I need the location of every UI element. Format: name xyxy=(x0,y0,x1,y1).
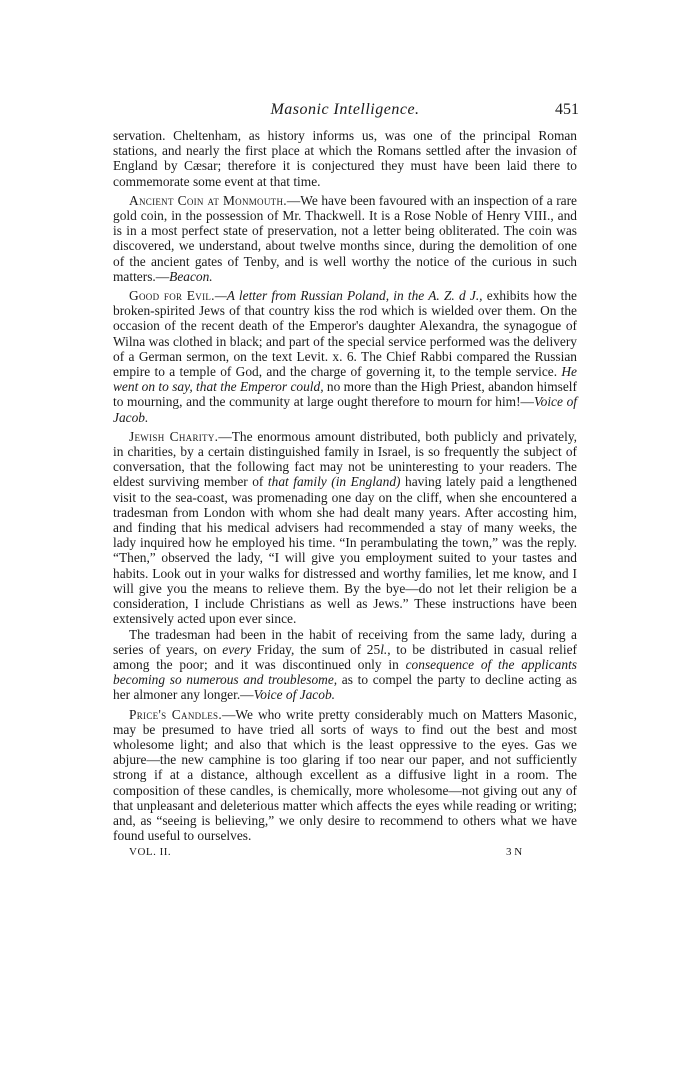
paragraph-text: Friday, the sum of 25 xyxy=(251,642,380,657)
paragraph-text: servation. Cheltenham, as history inform… xyxy=(113,128,577,189)
document-page: Masonic Intelligence. 451 servation. Che… xyxy=(113,100,577,861)
paragraph-good-for-evil: Good for Evil.—A letter from Russian Pol… xyxy=(113,288,577,425)
paragraph-continuation: servation. Cheltenham, as history inform… xyxy=(113,128,577,189)
section-heading: Price's Candles. xyxy=(129,707,222,722)
paragraph-text: having lately paid a lengthened visit to… xyxy=(113,474,577,626)
paragraph-text-italic: that family (in England) xyxy=(268,474,401,489)
paragraph-text: —We who write pretty considerably much o… xyxy=(113,707,577,844)
paragraph-ancient-coin: Ancient Coin at Monmouth.—We have been f… xyxy=(113,193,577,284)
section-heading: Jewish Charity. xyxy=(129,429,218,444)
paragraph-jewish-charity: Jewish Charity.—The enormous amount dist… xyxy=(113,429,577,627)
source-citation: Beacon. xyxy=(169,269,213,284)
volume-label: VOL. II. xyxy=(129,845,171,860)
paragraph-text-italic: —A letter from Russian Poland, in the A.… xyxy=(215,288,483,303)
section-heading: Ancient Coin at Monmouth. xyxy=(129,193,287,208)
paragraph-prices-candles: Price's Candles.—We who write pretty con… xyxy=(113,707,577,844)
page-header: Masonic Intelligence. 451 xyxy=(113,100,577,122)
source-citation: Voice of Jacob. xyxy=(254,687,335,702)
page-footer: VOL. II. 3 N xyxy=(113,845,577,861)
running-title: Masonic Intelligence. xyxy=(113,102,577,117)
section-heading: Good for Evil. xyxy=(129,288,215,303)
signature-mark: 3 N xyxy=(506,845,522,860)
page-number: 451 xyxy=(555,102,579,117)
paragraph-text-italic: every xyxy=(222,642,251,657)
paragraph-tradesman: The tradesman had been in the habit of r… xyxy=(113,627,577,703)
